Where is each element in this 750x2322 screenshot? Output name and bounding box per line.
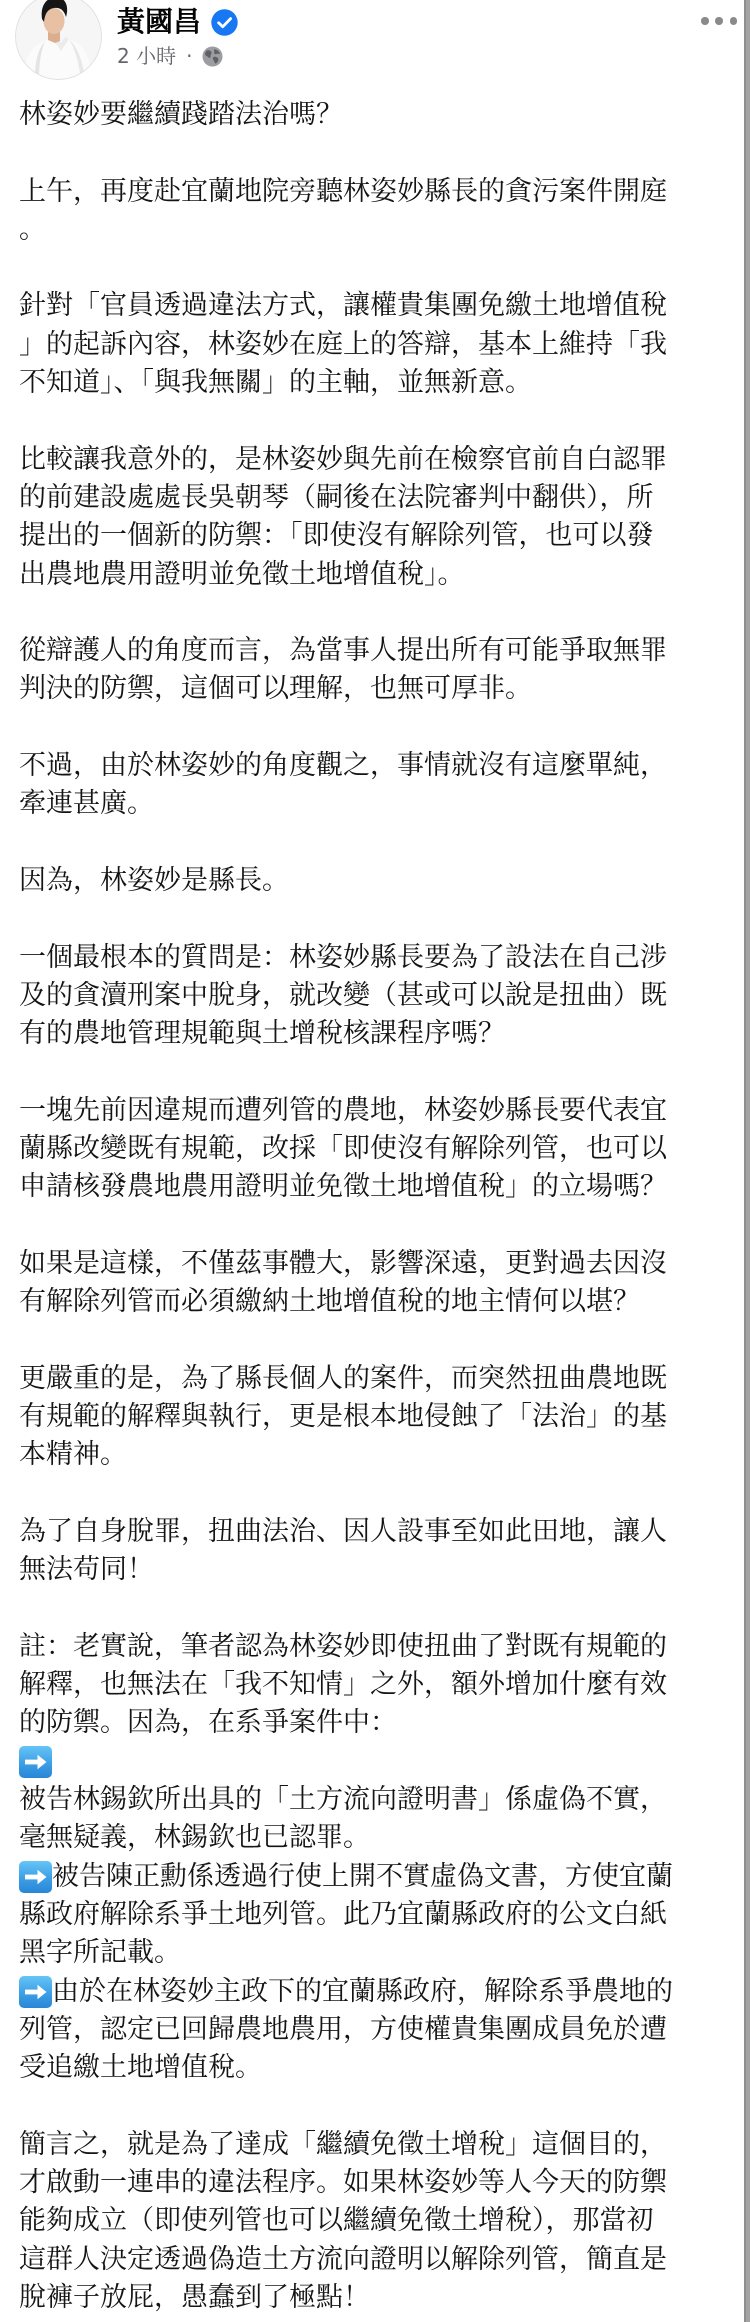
post-text: 林姿妙要繼續踐踏法治嗎？ 上午，再度赴宜蘭地院旁聽林姿妙縣長的貪污案件開庭 。 … (19, 96, 739, 2317)
arrow-right-emoji-icon (19, 1746, 52, 1778)
text-line: 受追繳土地增值稅。 (19, 2049, 739, 2087)
window-edge (744, 0, 750, 2322)
author-name[interactable]: 黃國昌 (117, 5, 201, 39)
text-line: 牽連甚廣。 (19, 785, 739, 823)
globe-icon (202, 46, 223, 67)
post-paragraph: 更嚴重的是，為了縣長個人的案件，而突然扭曲農地既 有規範的解釋與執行，更是根本地… (19, 1360, 739, 1475)
text-line: 如果是這樣，不僅茲事體大，影響深遠，更對過去因沒 (19, 1245, 739, 1283)
text-line: 的前建設處處長吳朝琴（嗣後在法院審判中翻供），所 (19, 479, 739, 517)
text-line: 從辯護人的角度而言，為當事人提出所有可能爭取無罪 (19, 632, 739, 670)
text-line: 有解除列管而必須繳納土地增值稅的地主情何以堪？ (19, 1283, 739, 1321)
text-line: 註：老實說，筆者認為林姿妙即使扭曲了對既有規範的 (19, 1628, 739, 1666)
text-line: 上午，再度赴宜蘭地院旁聽林姿妙縣長的貪污案件開庭 (19, 173, 739, 211)
text-line: 申請核發農地農用證明並免徵土地增值稅」的立場嗎？ (19, 1168, 739, 1206)
post-paragraph: 針對「官員透過違法方式，讓權貴集團免繳土地增值稅 」的起訴內容，林姿妙在庭上的答… (19, 287, 739, 402)
text-line: 列管，認定已回歸農地農用，方使權貴集團成員免於遭 (19, 2011, 739, 2049)
text-line: 有的農地管理規範與土增稅核課程序嗎？ (19, 1015, 739, 1053)
text-line: 被告林錫欽所出具的「土方流向證明書」係虛偽不實， (19, 1781, 739, 1819)
text-line: 因為，林姿妙是縣長。 (19, 862, 739, 900)
text-line: 及的貪瀆刑案中脫身，就改變（甚或可以說是扭曲）既 (19, 977, 739, 1015)
post-paragraph: 簡言之，就是為了達成「繼續免徵土增稅」這個目的， 才啟動一連串的違法程序。如果林… (19, 2126, 739, 2317)
post-paragraph: 林姿妙要繼續踐踏法治嗎？ (19, 96, 739, 134)
bullet-line (19, 1743, 739, 1781)
text-line: 黑字所記載。 (19, 1934, 739, 1972)
text-line: 能夠成立（即使列管也可以繼續免徵土增稅），那當初 (19, 2202, 739, 2240)
text-line: 這群人決定透過偽造土方流向證明以解除列管，簡直是 (19, 2241, 739, 2279)
post-paragraph: 為了自身脫罪，扭曲法治、因人設事至如此田地，讓人 無法苟同！ (19, 1513, 739, 1590)
text-line: 為了自身脫罪，扭曲法治、因人設事至如此田地，讓人 (19, 1513, 739, 1551)
text-line: 出農地農用證明並免徵土地增值稅」。 (19, 556, 739, 594)
text-line: 本精神。 (19, 1436, 739, 1474)
post-paragraph: 一塊先前因違規而遭列管的農地，林姿妙縣長要代表宜 蘭縣改變既有規範，改採「即使沒… (19, 1092, 739, 1207)
text-line: 不過，由於林姿妙的角度觀之，事情就沒有這麼單純， (19, 747, 739, 785)
text-line: 解釋，也無法在「我不知情」之外，額外增加什麼有效 (19, 1666, 739, 1704)
text-line: 才啟動一連串的違法程序。如果林姿妙等人今天的防禦 (19, 2164, 739, 2202)
text-line: 一塊先前因違規而遭列管的農地，林姿妙縣長要代表宜 (19, 1092, 739, 1130)
more-options-icon (701, 17, 709, 25)
bullet-text: 由於在林姿妙主政下的宜蘭縣政府，解除系爭農地的 (52, 1973, 673, 2011)
text-line: 判決的防禦，這個可以理解，也無可厚非。 (19, 670, 739, 708)
text-line: 針對「官員透過違法方式，讓權貴集團免繳土地增值稅 (19, 287, 739, 325)
text-line: 提出的一個新的防禦：「即使沒有解除列管，也可以發 (19, 517, 739, 555)
arrow-right-emoji-icon (19, 1976, 52, 2008)
bullet-line: 由於在林姿妙主政下的宜蘭縣政府，解除系爭農地的 (19, 1973, 739, 2011)
post-meta: 2 小時 · (117, 45, 223, 67)
post-paragraph: 因為，林姿妙是縣長。 (19, 862, 739, 900)
text-line: 毫無疑義，林錫欽也已認罪。 (19, 1819, 739, 1857)
more-options-icon (730, 17, 738, 25)
text-line: 縣政府解除系爭土地列管。此乃宜蘭縣政府的公文白紙 (19, 1896, 739, 1934)
more-options-icon (715, 17, 723, 25)
bullet-line: 被告陳正勳係透過行使上開不實虛偽文書，方使宜蘭 (19, 1858, 739, 1896)
post-paragraph: 比較讓我意外的，是林姿妙與先前在檢察官前自白認罪 的前建設處處長吳朝琴（嗣後在法… (19, 441, 739, 594)
text-line: 一個最根本的質問是：林姿妙縣長要為了設法在自己涉 (19, 939, 739, 977)
verified-badge-icon (211, 9, 238, 36)
text-line: 。 (19, 211, 739, 249)
post-paragraph: 一個最根本的質問是：林姿妙縣長要為了設法在自己涉 及的貪瀆刑案中脫身，就改變（甚… (19, 939, 739, 1054)
post-paragraph: 上午，再度赴宜蘭地院旁聽林姿妙縣長的貪污案件開庭 。 (19, 173, 739, 250)
text-line: 比較讓我意外的，是林姿妙與先前在檢察官前自白認罪 (19, 441, 739, 479)
text-line: 的防禦。因為，在系爭案件中： (19, 1704, 739, 1742)
text-line: 林姿妙要繼續踐踏法治嗎？ (19, 96, 739, 134)
text-line: 蘭縣改變既有規範，改採「即使沒有解除列管，也可以 (19, 1130, 739, 1168)
meta-separator: · (186, 45, 192, 67)
post-paragraph: 如果是這樣，不僅茲事體大，影響深遠，更對過去因沒 有解除列管而必須繳納土地增值稅… (19, 1245, 739, 1322)
author-avatar[interactable] (15, 0, 102, 80)
text-line: 無法苟同！ (19, 1551, 739, 1589)
post-paragraph: 不過，由於林姿妙的角度觀之，事情就沒有這麼單純， 牽連甚廣。 (19, 747, 739, 824)
text-line: 」的起訴內容，林姿妙在庭上的答辯，基本上維持「我 (19, 326, 739, 364)
text-line: 簡言之，就是為了達成「繼續免徵土增稅」這個目的， (19, 2126, 739, 2164)
profile-photo-icon (15, 0, 102, 80)
post-paragraph: 從辯護人的角度而言，為當事人提出所有可能爭取無罪 判決的防禦，這個可以理解，也無… (19, 632, 739, 709)
more-options-button[interactable] (701, 12, 737, 30)
text-line: 更嚴重的是，為了縣長個人的案件，而突然扭曲農地既 (19, 1360, 739, 1398)
text-line: 不知道」、「與我無關」的主軸，並無新意。 (19, 364, 739, 402)
arrow-right-emoji-icon (19, 1861, 52, 1893)
post-timestamp[interactable]: 2 小時 (117, 45, 176, 67)
text-line: 有規範的解釋與執行，更是根本地侵蝕了「法治」的基 (19, 1398, 739, 1436)
post-note-paragraph: 註：老實說，筆者認為林姿妙即使扭曲了對既有規範的 解釋，也無法在「我不知情」之外… (19, 1628, 739, 2088)
text-line: 脫褲子放屁，愚蠢到了極點！ (19, 2279, 739, 2317)
bullet-text: 被告陳正勳係透過行使上開不實虛偽文書，方使宜蘭 (52, 1858, 673, 1896)
